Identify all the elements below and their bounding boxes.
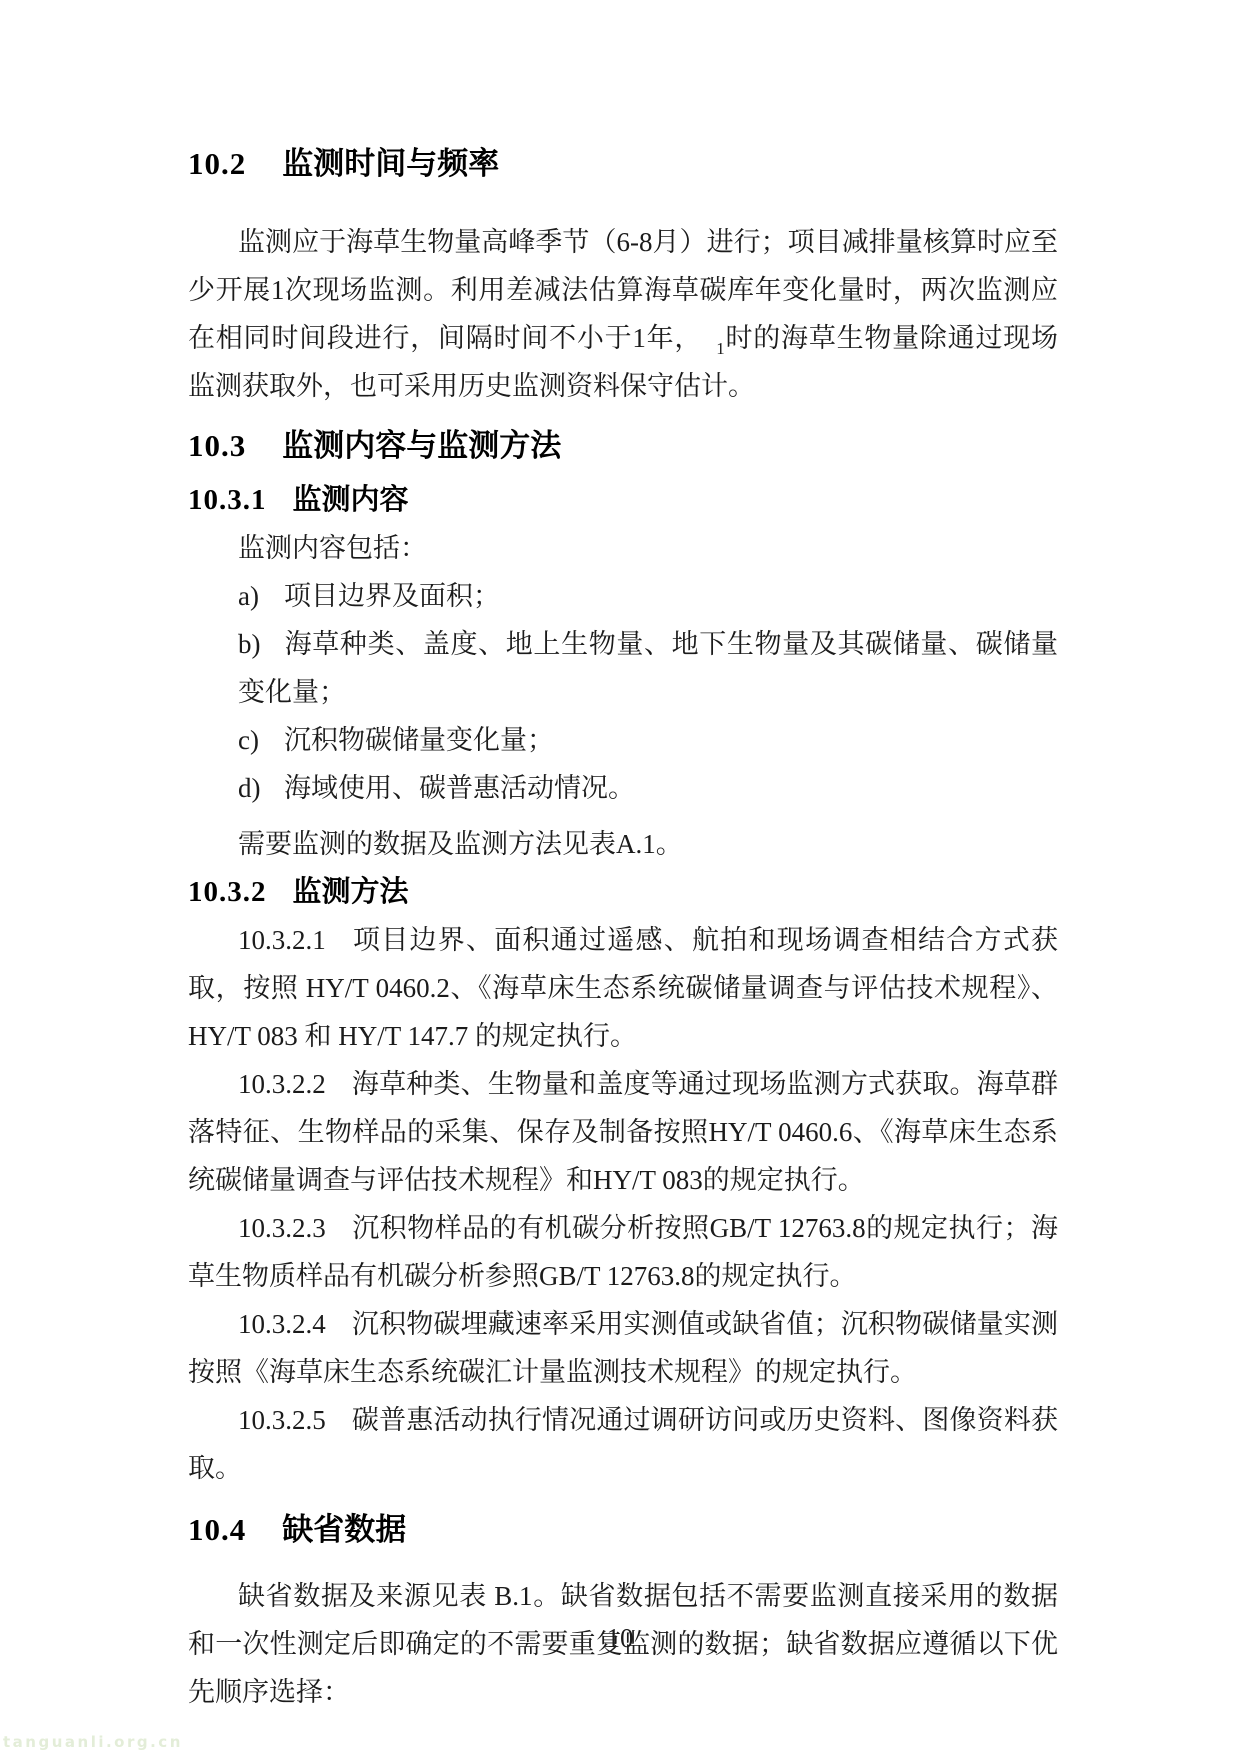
clause-10-3-2-2: 10.3.2.2海草种类、生物量和盖度等通过现场监测方式获取。海草群落特征、生物… bbox=[188, 1060, 1058, 1204]
section-number-10-3: 10.3 bbox=[188, 428, 246, 463]
section-title-10-3: 监测内容与监测方法 bbox=[282, 428, 561, 463]
table-reference-note: 需要监测的数据及监测方法见表A.1。 bbox=[188, 820, 1058, 868]
section-title-10-4: 缺省数据 bbox=[282, 1512, 406, 1547]
watermark-text: tanguanli.org.cn bbox=[3, 1733, 183, 1751]
list-text-c: 沉积物碳储量变化量； bbox=[284, 725, 554, 755]
list-item-c: c)沉积物碳储量变化量； bbox=[188, 716, 1058, 764]
section-heading-10-3-2: 10.3.2监测方法 bbox=[188, 868, 1058, 916]
list-marker-b: b) bbox=[238, 620, 284, 668]
clause-10-3-2-5: 10.3.2.5碳普惠活动执行情况通过调研访问或历史资料、图像资料获取。 bbox=[188, 1396, 1058, 1492]
clause-10-3-2-4: 10.3.2.4沉积物碳埋藏速率采用实测值或缺省值；沉积物碳储量实测按照《海草床… bbox=[188, 1300, 1058, 1396]
list-marker-d: d) bbox=[238, 764, 284, 812]
monitoring-content-list: a)项目边界及面积； b)海草种类、盖度、地上生物量、地下生物量及其碳储量、碳储… bbox=[188, 572, 1058, 812]
clause-number-10-3-2-2: 10.3.2.2 bbox=[238, 1069, 326, 1099]
clause-number-10-3-2-4: 10.3.2.4 bbox=[238, 1309, 326, 1339]
list-item-d: d)海域使用、碳普惠活动情况。 bbox=[188, 764, 1058, 812]
section-title-10-3-2: 监测方法 bbox=[293, 876, 409, 908]
section-heading-10-3-1: 10.3.1监测内容 bbox=[188, 476, 1058, 524]
clause-number-10-3-2-1: 10.3.2.1 bbox=[238, 925, 326, 955]
document-page: 10.2监测时间与频率 监测应于海草生物量高峰季节（6-8月）进行；项目减排量核… bbox=[0, 0, 1240, 1753]
section-heading-10-2: 10.2监测时间与频率 bbox=[188, 140, 1058, 188]
list-intro: 监测内容包括： bbox=[188, 524, 1058, 572]
list-text-a: 项目边界及面积； bbox=[284, 581, 500, 611]
section-title-10-3-1: 监测内容 bbox=[293, 484, 409, 516]
list-item-a: a)项目边界及面积； bbox=[188, 572, 1058, 620]
section-number-10-4: 10.4 bbox=[188, 1512, 246, 1547]
clause-10-3-2-3: 10.3.2.3沉积物样品的有机碳分析按照GB/T 12763.8的规定执行；海… bbox=[188, 1204, 1058, 1300]
section-number-10-2: 10.2 bbox=[188, 146, 246, 181]
subscript-t1: 1 bbox=[716, 339, 725, 358]
list-marker-a: a) bbox=[238, 572, 284, 620]
section-title-10-2: 监测时间与频率 bbox=[282, 146, 499, 181]
page-number: 10 bbox=[0, 1614, 1240, 1662]
list-text-d: 海域使用、碳普惠活动情况。 bbox=[284, 773, 635, 803]
list-text-b: 海草种类、盖度、地上生物量、地下生物量及其碳储量、碳储量变化量； bbox=[238, 629, 1058, 707]
clause-number-10-3-2-5: 10.3.2.5 bbox=[238, 1405, 326, 1435]
paragraph-10-2: 监测应于海草生物量高峰季节（6-8月）进行；项目减排量核算时应至少开展1次现场监… bbox=[188, 218, 1058, 410]
section-heading-10-4: 10.4缺省数据 bbox=[188, 1506, 1058, 1554]
section-number-10-3-2: 10.3.2 bbox=[188, 876, 267, 908]
clause-number-10-3-2-3: 10.3.2.3 bbox=[238, 1213, 326, 1243]
clause-10-3-2-1: 10.3.2.1项目边界、面积通过遥感、航拍和现场调查相结合方式获取，按照 HY… bbox=[188, 916, 1058, 1060]
section-heading-10-3: 10.3监测内容与监测方法 bbox=[188, 422, 1058, 470]
section-number-10-3-1: 10.3.1 bbox=[188, 484, 267, 516]
list-item-b: b)海草种类、盖度、地上生物量、地下生物量及其碳储量、碳储量变化量； bbox=[188, 620, 1058, 716]
list-marker-c: c) bbox=[238, 716, 284, 764]
